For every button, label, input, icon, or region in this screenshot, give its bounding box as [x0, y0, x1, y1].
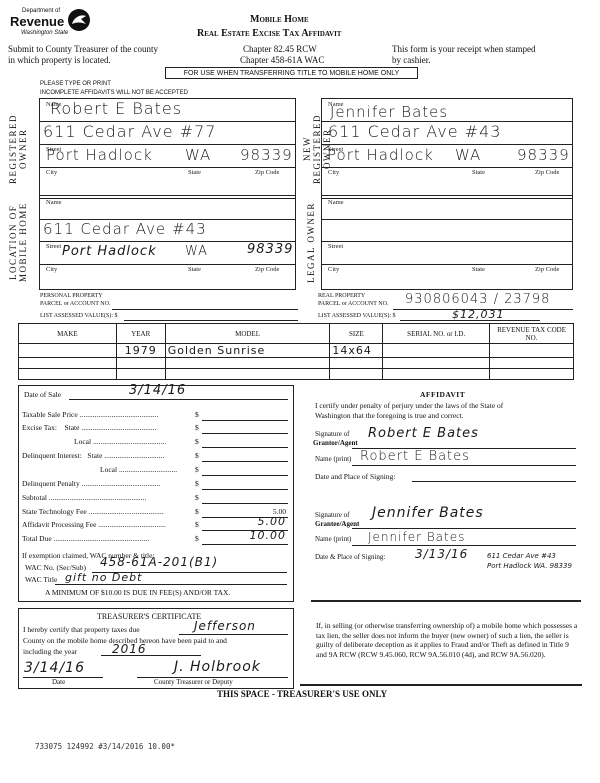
grantee-signing-date[interactable]: 3/13/16	[415, 547, 468, 561]
model-cell[interactable]: Golden Sunrise	[165, 344, 330, 358]
city-label: City	[46, 169, 57, 176]
affidavit-text-line2: Washington that the foregoing is true an…	[315, 411, 464, 420]
street-label: Street	[46, 243, 61, 250]
table-header-row: MAKE YEAR MODEL SIZE SERIAL NO. or I.D. …	[19, 324, 574, 344]
registered-owner-box: Name Robert E Bates 611 Cedar Ave #77 St…	[39, 98, 296, 199]
city-label: City	[46, 266, 57, 273]
table-row: 1979 Golden Sunrise 14x64	[19, 344, 574, 358]
table-row	[19, 369, 574, 380]
submit-note-line2: in which property is located.	[8, 55, 111, 65]
location-zip[interactable]: 98339	[247, 242, 293, 257]
zip-label: Zip Code	[535, 169, 559, 176]
col-revenue-tax-code: REVENUE TAX CODE NO.	[490, 324, 574, 344]
wac-no-value[interactable]: 458-61A-201(B1)	[100, 555, 218, 569]
grantee-signing-place-line2[interactable]: Port Hadlock WA. 98339	[487, 562, 572, 570]
affidavit-text-line1: I certify under penalty of perjury under…	[315, 401, 503, 410]
location-box: Name 611 Cedar Ave #43 Street Port Hadlo…	[39, 195, 296, 290]
make-cell[interactable]	[19, 358, 117, 369]
size-cell[interactable]	[330, 369, 383, 380]
cashier-receipt-stamp: 733075 124992 #3/14/2016 10.00*	[35, 742, 175, 751]
dor-swoosh-icon	[66, 8, 92, 32]
fee-row-total-due: Total Due ..............................…	[22, 534, 288, 547]
fee-label: Taxable Sale Price .....................…	[22, 410, 192, 419]
personal-property-account-label: PARCEL or ACCOUNT NO.	[40, 301, 110, 307]
treasurer-paid-year[interactable]: 2016	[112, 642, 147, 656]
fee-row-affidavit-processing-fee: Affidavit Processing Fee ...............…	[22, 520, 288, 533]
treasurer-signature-label: County Treasurer or Deputy	[154, 678, 233, 686]
fee-label: Delinquent Interest: State .............…	[22, 451, 192, 460]
grantor-signature[interactable]: Robert E Bates	[368, 426, 479, 441]
grantee-date-place-label: Date & Place of Signing:	[315, 553, 385, 561]
name-label: Name	[46, 199, 62, 206]
submit-note-line1: Submit to County Treasurer of the county	[8, 44, 158, 54]
new-owner-state[interactable]: WA	[455, 146, 481, 164]
registered-owner-state[interactable]: WA	[185, 146, 211, 164]
wac-title-value[interactable]: gift no Debt	[65, 571, 142, 584]
location-state[interactable]: WA	[185, 244, 208, 259]
street-label: Street	[328, 243, 343, 250]
legal-owner-box: Name Street City State Zip Code	[321, 195, 573, 290]
registered-owner-zip[interactable]: 98339	[240, 146, 293, 164]
serial-cell[interactable]	[383, 358, 490, 369]
col-serial: SERIAL NO. or I.D.	[383, 324, 490, 344]
wac-title-label: WAC Title	[25, 575, 57, 584]
fee-label: Delinquent Penalty .....................…	[22, 479, 192, 488]
grantee-name[interactable]: Jennifer Bates	[368, 530, 465, 544]
receipt-note-line2: by cashier.	[392, 55, 431, 65]
revenue-code-cell[interactable]	[490, 358, 574, 369]
registered-owner-address[interactable]: 611 Cedar Ave #77	[43, 122, 216, 141]
treasurer-date[interactable]: 3/14/16	[24, 660, 85, 676]
treasurer-certificate-box: TREASURER'S CERTIFICATE I hereby certify…	[18, 608, 294, 689]
grantor-signature-label2: Grantor/Agent	[313, 439, 358, 447]
personal-property-account-field[interactable]	[112, 309, 298, 310]
year-cell[interactable]	[116, 358, 165, 369]
revenue-code-cell[interactable]	[490, 369, 574, 380]
transfer-banner: FOR USE WHEN TRANSFERRING TITLE TO MOBIL…	[165, 67, 418, 79]
treasurer-line1: I hereby certify that property taxes due	[23, 625, 140, 634]
state-label: State	[188, 266, 201, 273]
chapter-wac: Chapter 458-61A WAC	[240, 55, 324, 65]
transfer-banner-text: FOR USE WHEN TRANSFERRING TITLE TO MOBIL…	[184, 70, 400, 77]
fee-row-taxable-price: Taxable Sale Price .....................…	[22, 410, 288, 423]
model-cell[interactable]	[165, 358, 330, 369]
fee-label: State Technology Fee ...................…	[22, 507, 192, 516]
real-property-label: REAL PROPERTY	[318, 293, 365, 299]
fee-value[interactable]: 5.00	[258, 515, 287, 528]
col-size: SIZE	[330, 324, 383, 344]
treasurer-date-label: Date	[52, 678, 65, 686]
instruction-type-print: PLEASE TYPE OR PRINT	[40, 81, 111, 87]
grantee-signature[interactable]: Jennifer Bates	[372, 505, 484, 521]
col-year: YEAR	[116, 324, 165, 344]
fee-row-delinquent-penalty: Delinquent Penalty .....................…	[22, 479, 288, 492]
registered-owner-city[interactable]: Port Hadlock	[46, 146, 153, 164]
personal-assessed-field[interactable]	[124, 320, 298, 321]
grantee-signature-label2: Grantee/Agent	[315, 520, 359, 528]
location-city[interactable]: Port Hadlock	[62, 244, 157, 259]
treasurer-line3: including the year	[23, 647, 77, 656]
location-of-mobile-home-label: LOCATION OF MOBILE HOME	[8, 195, 32, 290]
instruction-incomplete: INCOMPLETE AFFIDAVITS WILL NOT BE ACCEPT…	[40, 90, 188, 96]
personal-property-label: PERSONAL PROPERTY	[40, 293, 103, 299]
registered-owner-label: REGISTERED OWNER	[8, 100, 32, 198]
make-cell[interactable]	[19, 344, 117, 358]
fee-row-subtotal: Subtotal ...............................…	[22, 493, 288, 506]
real-property-account-no[interactable]: 930806043 / 23798	[405, 292, 550, 307]
fee-row-delinquent-interest-local: Local ............................... $	[22, 465, 288, 478]
real-property-account-label: PARCEL or ACCOUNT NO.	[318, 301, 388, 307]
serial-cell[interactable]	[383, 344, 490, 358]
fee-row-state-technology-fee: State Technology Fee ...................…	[22, 507, 288, 520]
fee-row-excise-state: Excise Tax: State ......................…	[22, 423, 288, 436]
form-title-line1: Mobile Home	[250, 14, 309, 25]
grantor-signature-label1: Signature of	[315, 430, 349, 438]
make-cell[interactable]	[19, 369, 117, 380]
state-label: State	[472, 266, 485, 273]
zip-label: Zip Code	[255, 169, 279, 176]
receipt-note-line1: This form is your receipt when stamped	[392, 44, 535, 54]
col-make: MAKE	[19, 324, 117, 344]
fee-label: Total Due ..............................…	[22, 534, 192, 543]
size-cell[interactable]	[330, 358, 383, 369]
zip-label: Zip Code	[535, 266, 559, 273]
size-cell[interactable]: 14x64	[330, 344, 383, 358]
treasurer-use-only-heading: THIS SPACE - TREASURER'S USE ONLY	[217, 689, 387, 699]
grantor-name-label: Name (print)	[315, 455, 351, 463]
new-owner-name[interactable]: Jennifer Bates	[330, 103, 448, 121]
minimum-due-note: A MINIMUM OF $10.00 IS DUE IN FEE(S) AND…	[45, 588, 230, 597]
personal-assessed-label: LIST ASSESSED VALUE(S): $	[40, 313, 118, 319]
fee-row-excise-local: Local ..................................…	[22, 437, 288, 450]
fee-label: Subtotal ...............................…	[22, 493, 192, 502]
logo-revenue-text: Revenue	[10, 14, 64, 29]
grantee-name-label: Name (print)	[315, 535, 351, 543]
year-cell[interactable]: 1979	[116, 344, 165, 358]
chapter-rcw: Chapter 82.45 RCW	[243, 44, 317, 54]
affidavit-title: AFFIDAVIT	[420, 390, 465, 399]
year-cell[interactable]	[116, 369, 165, 380]
legal-owner-label: LEGAL OWNER	[306, 195, 320, 290]
date-of-sale-label: Date of Sale	[24, 390, 61, 399]
grantor-name[interactable]: Robert E Bates	[360, 449, 470, 464]
fee-label: Local ...............................	[100, 465, 192, 474]
col-model: MODEL	[165, 324, 330, 344]
revenue-code-cell[interactable]	[490, 344, 574, 358]
fee-label: Excise Tax: State ......................…	[22, 423, 192, 432]
serial-cell[interactable]	[383, 369, 490, 380]
zip-label: Zip Code	[255, 266, 279, 273]
grantee-signing-place-line1[interactable]: 611 Cedar Ave #43	[487, 552, 556, 560]
form-title-line2: Real Estate Excise Tax Affidavit	[197, 28, 341, 39]
name-label: Name	[328, 199, 344, 206]
mobile-home-table: MAKE YEAR MODEL SIZE SERIAL NO. or I.D. …	[18, 323, 574, 380]
logo-state-text: Washington State	[21, 30, 68, 36]
fee-label: Local ..................................…	[74, 437, 192, 446]
treasurer-certificate-title: TREASURER'S CERTIFICATE	[97, 612, 201, 621]
state-label: State	[188, 169, 201, 176]
grantee-signature-label1: Signature of	[315, 511, 349, 519]
dor-logo: Department of Revenue Washington State	[10, 8, 100, 42]
new-registered-owner-box: Name Jennifer Bates 611 Cedar Ave #43 St…	[321, 98, 573, 199]
tax-lien-notice: If, in selling (or otherwise transferrin…	[316, 621, 580, 659]
fee-value[interactable]: 10.00	[250, 529, 287, 542]
grantor-date-place-field[interactable]	[412, 481, 576, 482]
state-label: State	[472, 169, 485, 176]
registered-owner-name[interactable]: Robert E Bates	[50, 99, 182, 118]
new-owner-city[interactable]: Port Hadlock	[327, 146, 434, 164]
fee-row-delinquent-interest-state: Delinquent Interest: State .............…	[22, 451, 288, 464]
city-label: City	[328, 266, 339, 273]
fee-label: Affidavit Processing Fee ...............…	[22, 520, 192, 529]
city-label: City	[328, 169, 339, 176]
model-cell[interactable]	[165, 369, 330, 380]
new-owner-zip[interactable]: 98339	[517, 146, 570, 164]
new-owner-address[interactable]: 611 Cedar Ave #43	[328, 122, 501, 141]
treasurer-county[interactable]: Jefferson	[194, 619, 256, 633]
table-row	[19, 358, 574, 369]
treasurer-signature[interactable]: J. Holbrook	[174, 659, 261, 675]
real-assessed-label: LIST ASSESSED VALUE(S): $	[318, 313, 396, 319]
location-address[interactable]: 611 Cedar Ave #43	[43, 220, 207, 238]
date-of-sale-value[interactable]: 3/14/16	[129, 383, 186, 398]
grantor-date-place-label: Date and Place of Signing:	[315, 472, 395, 481]
